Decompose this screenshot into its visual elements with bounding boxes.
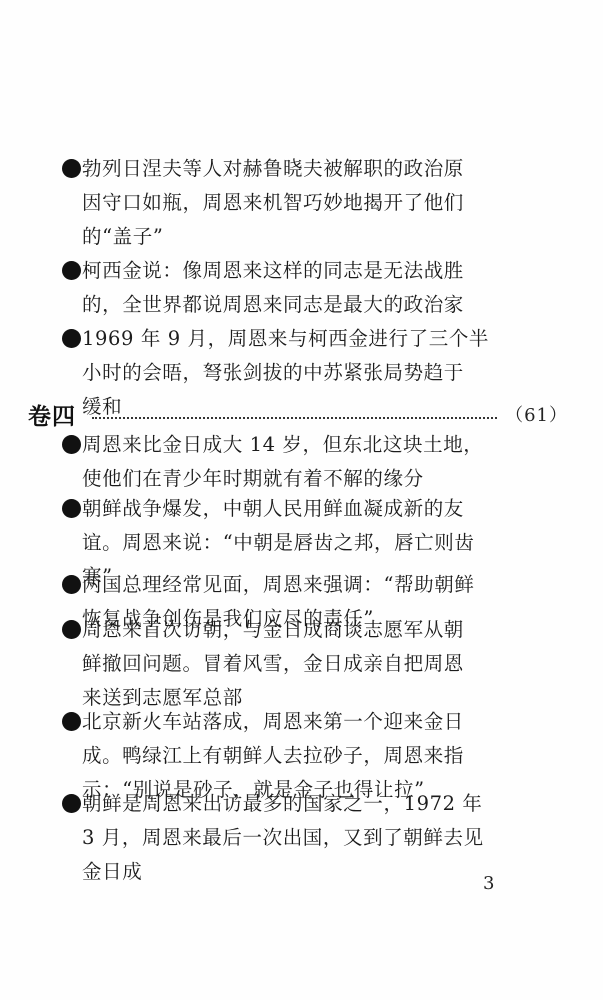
entry-line: 使他们在青少年时期就有着不解的缘分: [62, 462, 502, 496]
entry-line: 谊。周恩来说：“中朝是唇齿之邦，唇亡则齿: [62, 526, 502, 560]
bullet-icon: [62, 712, 81, 731]
toc-entry: 周恩来比金日成大 14 岁，但东北这块土地， 使他们在青少年时期就有着不解的缘分: [62, 428, 502, 496]
bullet-icon: [62, 575, 81, 594]
book-page: 勃列日涅夫等人对赫鲁晓夫被解职的政治原 因守口如瓶，周恩来机智巧妙地揭开了他们 …: [0, 0, 603, 1000]
entry-line: 两国总理经常见面，周恩来强调：“帮助朝鲜: [62, 568, 502, 602]
entry-line: 的“盖子”: [62, 220, 502, 254]
entry-line: 因守口如瓶，周恩来机智巧妙地揭开了他们: [62, 186, 502, 220]
entry-line: 勃列日涅夫等人对赫鲁晓夫被解职的政治原: [62, 152, 502, 186]
entry-line: 周恩来比金日成大 14 岁，但东北这块土地，: [62, 428, 502, 462]
bullet-icon: [62, 620, 81, 639]
entry-line: 周恩来首次访朝，与金日成商谈志愿军从朝: [62, 613, 502, 647]
toc-entry: 柯西金说：像周恩来这样的同志是无法战胜 的，全世界都说周恩来同志是最大的政治家: [62, 254, 502, 322]
entry-line: 1969 年 9 月，周恩来与柯西金进行了三个半: [62, 322, 502, 356]
entry-line: 的，全世界都说周恩来同志是最大的政治家: [62, 288, 502, 322]
entry-line: 北京新火车站落成，周恩来第一个迎来金日: [62, 705, 502, 739]
entry-line: 金日成: [62, 855, 502, 889]
bullet-icon: [62, 794, 81, 813]
bullet-icon: [62, 435, 81, 454]
toc-entry: 周恩来首次访朝，与金日成商谈志愿军从朝 鲜撤回问题。冒着风雪，金日成亲自把周恩 …: [62, 613, 502, 715]
dot-leader: [92, 417, 497, 419]
entry-line: 小时的会晤，弩张剑拔的中苏紧张局势趋于: [62, 356, 502, 390]
entry-line: 朝鲜战争爆发，中朝人民用鲜血凝成新的友: [62, 492, 502, 526]
bullet-icon: [62, 159, 81, 178]
entry-line: 3 月，周恩来最后一次出国，又到了朝鲜去见: [62, 821, 502, 855]
entry-line: 鲜撤回问题。冒着风雪，金日成亲自把周恩: [62, 647, 502, 681]
section-page-ref: （61）: [505, 401, 568, 427]
toc-entry: 勃列日涅夫等人对赫鲁晓夫被解职的政治原 因守口如瓶，周恩来机智巧妙地揭开了他们 …: [62, 152, 502, 254]
entry-line: 成。鸭绿江上有朝鲜人去拉砂子，周恩来指: [62, 739, 502, 773]
bullet-icon: [62, 329, 81, 348]
bullet-icon: [62, 499, 81, 518]
entry-line: 朝鲜是周恩来出访最多的国家之一，1972 年: [62, 787, 502, 821]
toc-entry: 朝鲜是周恩来出访最多的国家之一，1972 年 3 月，周恩来最后一次出国，又到了…: [62, 787, 502, 889]
section-heading: 卷四 （61）: [28, 398, 568, 430]
page-number: 3: [483, 873, 494, 894]
bullet-icon: [62, 261, 81, 280]
section-title: 卷四: [28, 398, 76, 431]
entry-line: 柯西金说：像周恩来这样的同志是无法战胜: [62, 254, 502, 288]
